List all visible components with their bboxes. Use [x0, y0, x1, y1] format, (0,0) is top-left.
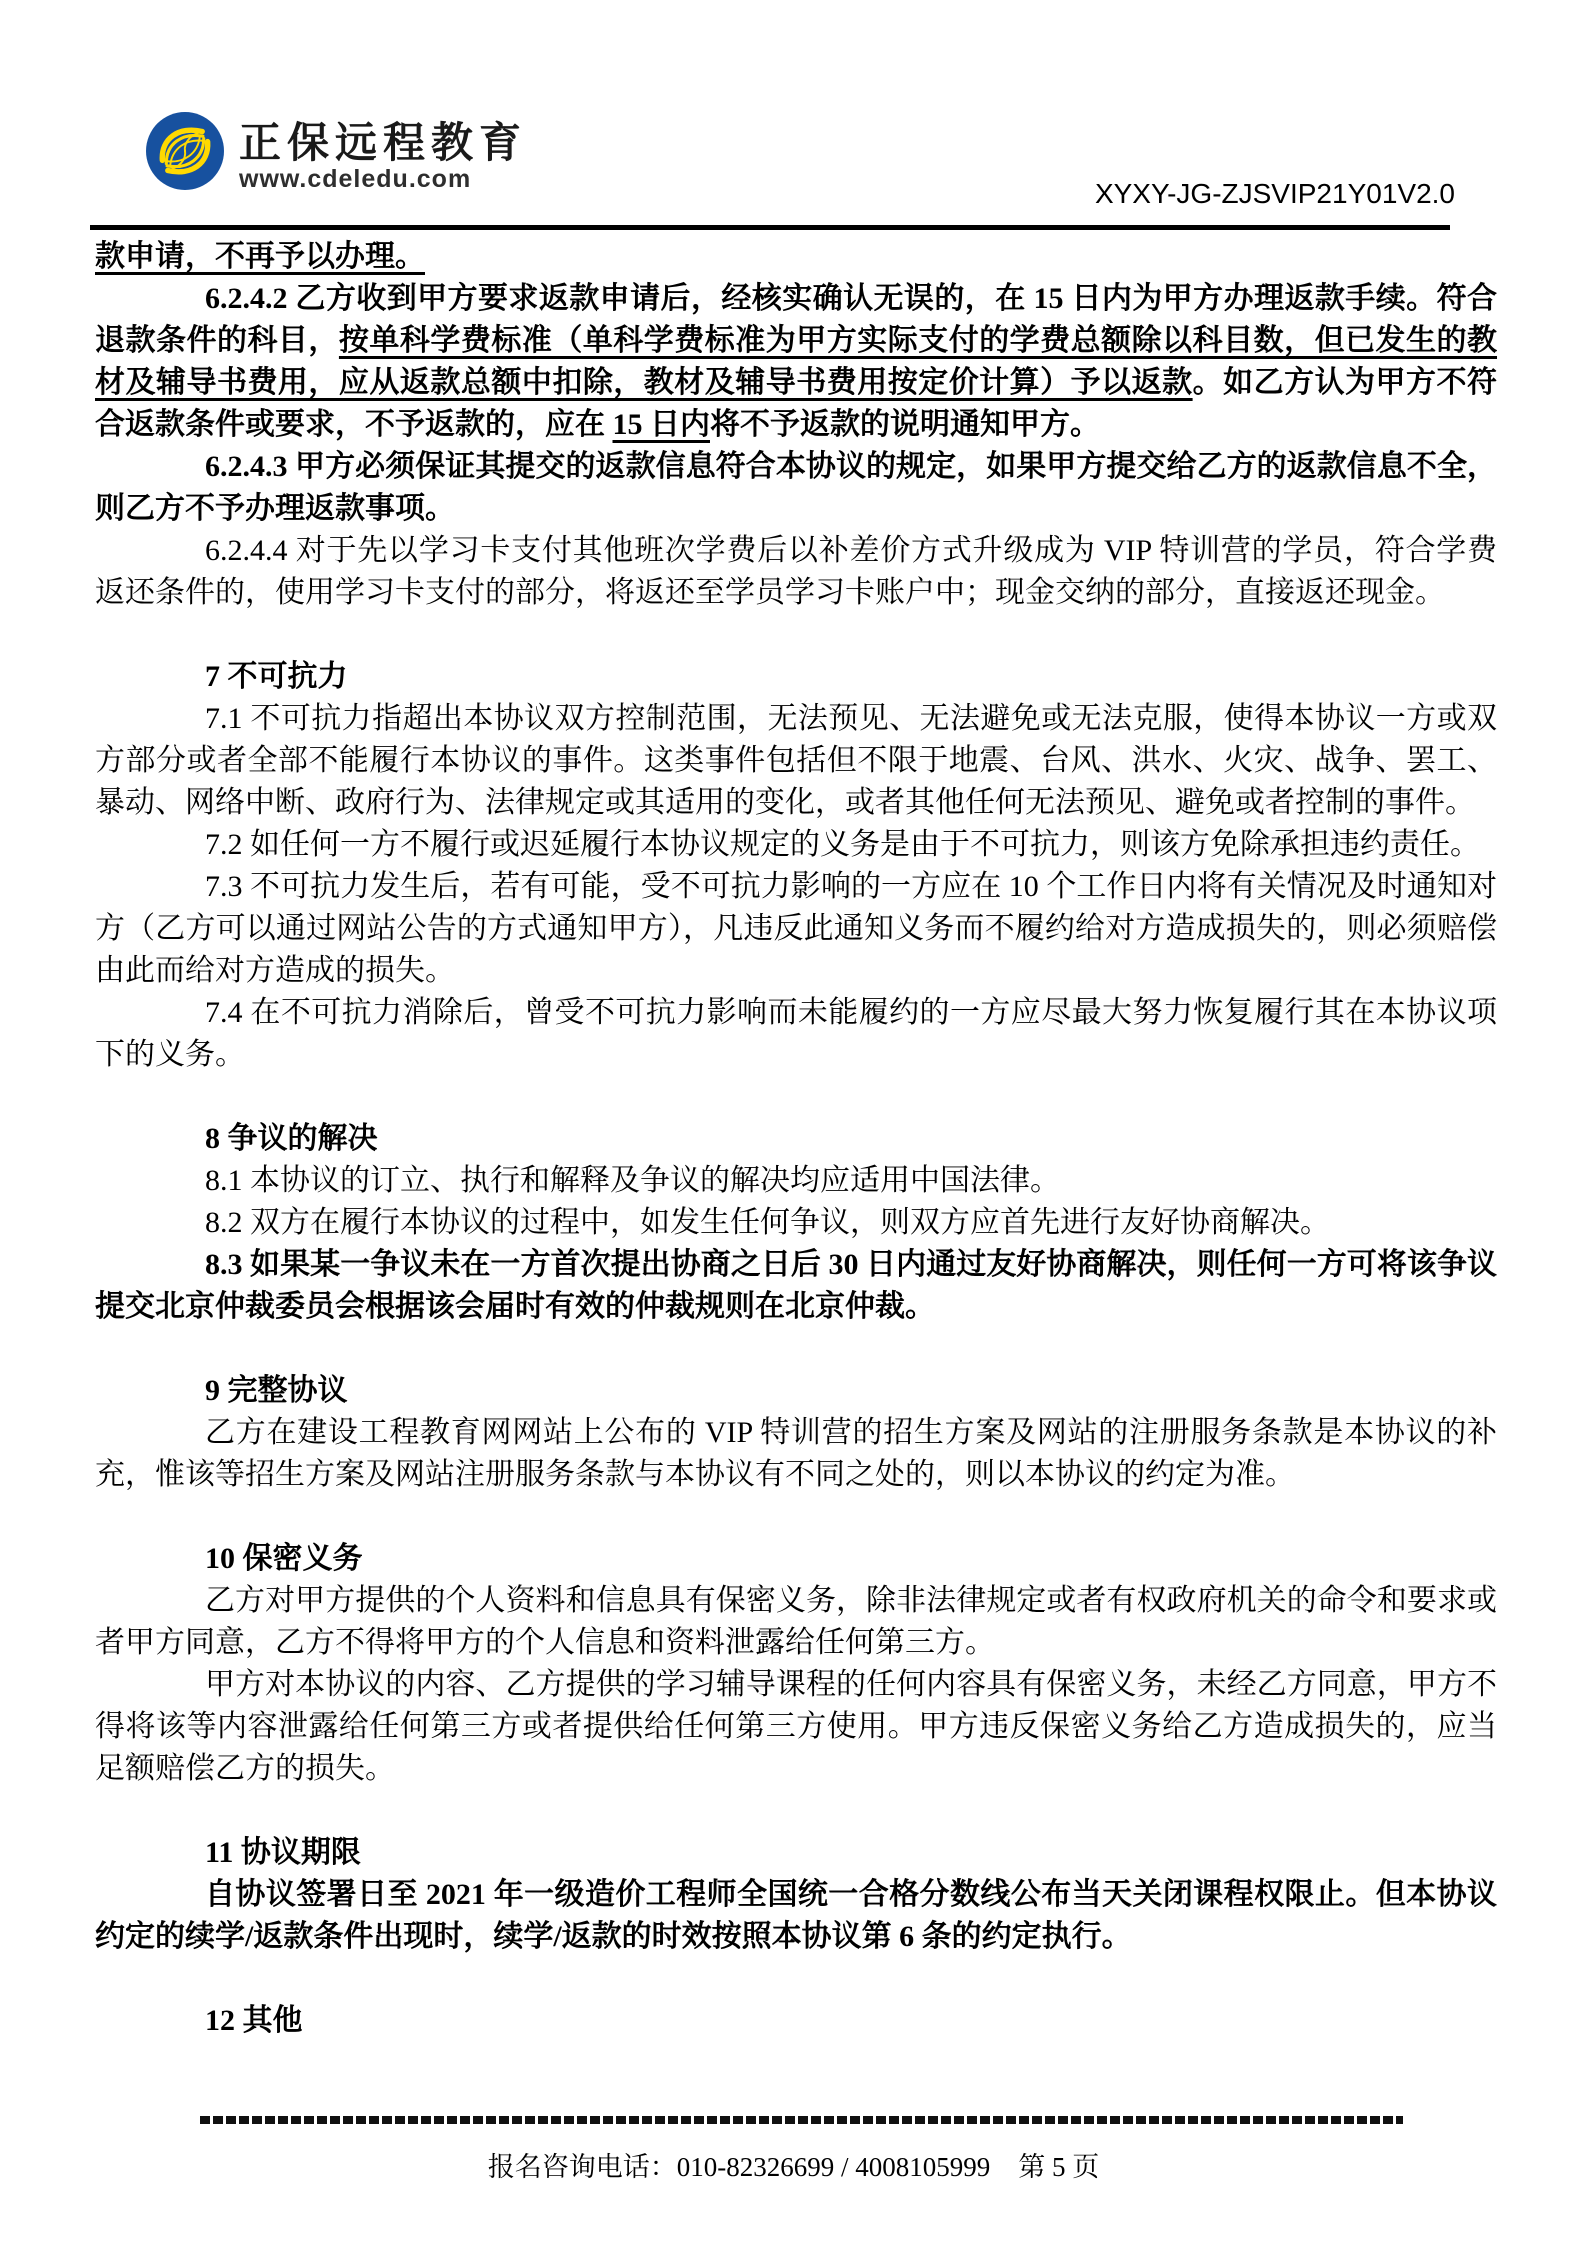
- paragraph: 乙方在建设工程教育网网站上公布的 VIP 特训营的招生方案及网站的注册服务条款是…: [95, 1412, 1497, 1496]
- text-run: 8.3 如果某一争议未在一方首次提出协商之日后 30 日内通过友好协商解决，则任…: [95, 1248, 1497, 1323]
- text-run: 7 不可抗力: [205, 660, 348, 693]
- paragraph: 8.3 如果某一争议未在一方首次提出协商之日后 30 日内通过友好协商解决，则任…: [95, 1244, 1497, 1328]
- text-run: 8 争议的解决: [205, 1122, 378, 1155]
- paragraph: 6.2.4.3 甲方必须保证其提交的返款信息符合本协议的规定，如果甲方提交给乙方…: [95, 446, 1497, 530]
- text-run: 8.1 本协议的订立、执行和解释及争议的解决均应适用中国法律。: [205, 1164, 1060, 1197]
- text-run: 自协议签署日至 2021 年一级造价工程师全国统一合格分数线公布当天关闭课程权限…: [95, 1878, 1497, 1953]
- paragraph: 甲方对本协议的内容、乙方提供的学习辅导课程的任何内容具有保密义务，未经乙方同意，…: [95, 1664, 1497, 1790]
- brand-name: 正保远程教育: [239, 112, 527, 166]
- paragraph: 8.2 双方在履行本协议的过程中，如发生任何争议，则双方应首先进行友好协商解决。: [95, 1202, 1497, 1244]
- text-run: 8.2 双方在履行本协议的过程中，如发生任何争议，则双方应首先进行友好协商解决。: [205, 1206, 1330, 1239]
- footer: 报名咨询电话：010-82326699 / 4008105999第 5 页: [0, 2150, 1587, 2184]
- paragraph: 自协议签署日至 2021 年一级造价工程师全国统一合格分数线公布当天关闭课程权限…: [95, 1874, 1497, 1958]
- text-run: 6.2.4.3 甲方必须保证其提交的返款信息符合本协议的规定，如果甲方提交给乙方…: [95, 450, 1497, 525]
- footer-divider: [200, 2116, 1403, 2124]
- underlined-text: 款申请，不再予以办理。: [95, 240, 425, 273]
- paragraph: 6.2.4.2 乙方收到甲方要求返款申请后，经核实确认无误的，在 15 日内为甲…: [95, 278, 1497, 446]
- paragraph: 8.1 本协议的订立、执行和解释及争议的解决均应适用中国法律。: [95, 1160, 1497, 1202]
- text-run: 乙方对甲方提供的个人资料和信息具有保密义务，除非法律规定或者有权政府机关的命令和…: [95, 1584, 1497, 1659]
- text-run: 9 完整协议: [205, 1374, 348, 1407]
- cdeledu-logo-icon: [146, 112, 224, 190]
- paragraph: 乙方对甲方提供的个人资料和信息具有保密义务，除非法律规定或者有权政府机关的命令和…: [95, 1580, 1497, 1664]
- header-logo: 正保远程教育 www.cdeledu.com: [146, 112, 527, 192]
- section-heading: 12 其他: [205, 2000, 1497, 2042]
- text-run: 7.1 不可抗力指超出本协议双方控制范围，无法预见、无法避免或无法克服，使得本协…: [95, 702, 1497, 819]
- paragraph: 7.3 不可抗力发生后，若有可能，受不可抗力影响的一方应在 10 个工作日内将有…: [95, 866, 1497, 992]
- brand-website: www.cdeledu.com: [239, 166, 527, 192]
- text-run: 7.2 如任何一方不履行或迟延履行本协议规定的义务是由于不可抗力，则该方免除承担…: [205, 828, 1480, 861]
- paragraph: 7.1 不可抗力指超出本协议双方控制范围，无法预见、无法避免或无法克服，使得本协…: [95, 698, 1497, 824]
- section-heading: 9 完整协议: [205, 1370, 1497, 1412]
- footer-contact: 报名咨询电话：010-82326699 / 4008105999: [488, 2152, 991, 2182]
- doc-code: XYXY-JG-ZJSVIP21Y01V2.0: [1095, 178, 1455, 210]
- paragraph: 7.4 在不可抗力消除后，曾受不可抗力影响而未能履约的一方应尽最大努力恢复履行其…: [95, 992, 1497, 1076]
- section-heading: 11 协议期限: [205, 1832, 1497, 1874]
- text-run: 7.3 不可抗力发生后，若有可能，受不可抗力影响的一方应在 10 个工作日内将有…: [95, 870, 1497, 987]
- section-heading: 7 不可抗力: [205, 656, 1497, 698]
- text-run: 7.4 在不可抗力消除后，曾受不可抗力影响而未能履约的一方应尽最大努力恢复履行其…: [95, 996, 1497, 1071]
- text-run: 甲方对本协议的内容、乙方提供的学习辅导课程的任何内容具有保密义务，未经乙方同意，…: [95, 1668, 1497, 1785]
- section-heading: 10 保密义务: [205, 1538, 1497, 1580]
- document-body: 款申请，不再予以办理。6.2.4.2 乙方收到甲方要求返款申请后，经核实确认无误…: [95, 236, 1497, 2042]
- page-number: 第 5 页: [1018, 2152, 1099, 2182]
- document-page: 正保远程教育 www.cdeledu.com XYXY-JG-ZJSVIP21Y…: [0, 0, 1587, 2245]
- text-run: 10 保密义务: [205, 1542, 363, 1575]
- logo-text: 正保远程教育 www.cdeledu.com: [239, 112, 527, 192]
- text-run: 12 其他: [205, 2004, 303, 2037]
- paragraph: 7.2 如任何一方不履行或迟延履行本协议规定的义务是由于不可抗力，则该方免除承担…: [95, 824, 1497, 866]
- section-heading: 8 争议的解决: [205, 1118, 1497, 1160]
- text-run: 6.2.4.4 对于先以学习卡支付其他班次学费后以补差价方式升级成为 VIP 特…: [95, 534, 1497, 609]
- header-divider: [90, 225, 1450, 230]
- paragraph: 6.2.4.4 对于先以学习卡支付其他班次学费后以补差价方式升级成为 VIP 特…: [95, 530, 1497, 614]
- text-run: 乙方在建设工程教育网网站上公布的 VIP 特训营的招生方案及网站的注册服务条款是…: [95, 1416, 1497, 1491]
- text-run: 将不予返款的说明通知甲方。: [710, 408, 1100, 441]
- underlined-text: 15 日内: [613, 408, 711, 441]
- paragraph: 款申请，不再予以办理。: [95, 236, 1497, 278]
- text-run: 11 协议期限: [205, 1836, 361, 1869]
